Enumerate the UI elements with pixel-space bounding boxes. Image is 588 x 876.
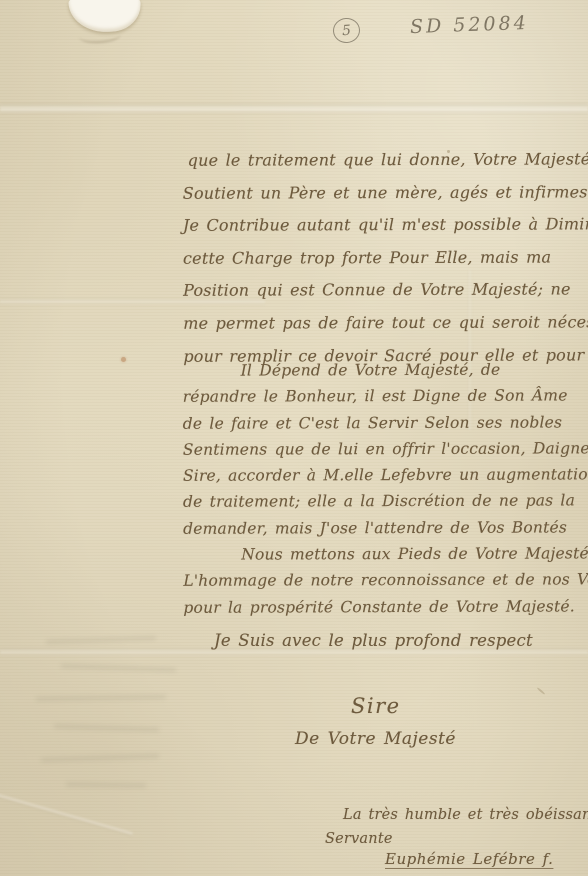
letter-paragraph-2: Il Dépend de Votre Majesté, de répandre … [183,356,588,620]
manuscript-line: répandre le Bonheur, il est Digne de Son… [183,383,588,411]
foxing-spot [121,357,126,362]
salutation-majesty: De Votre Majesté [295,729,456,749]
manuscript-line: Sentimens que de lui en offrir l'occasio… [183,435,588,463]
archive-number-circled: 5 [332,17,361,44]
manuscript-line: Il Dépend de Votre Majesté, de [183,356,588,384]
valediction-line-1: La très humble et très obéissante [343,807,588,823]
manuscript-line: Sire, accorder à M.elle Lefebvre un augm… [183,461,588,489]
signature: Euphémie Lefébre f. [385,850,553,868]
fold-crease [0,103,588,114]
foxing-spot [537,687,546,695]
manuscript-line: de le faire et C'est la Servir Selon ses… [183,409,588,437]
catalog-number: SD 52084 [410,12,529,38]
fold-crease [0,791,133,836]
manuscript-line: pour la prospérité Constante de Votre Ma… [183,593,588,621]
bleed-through-marks [6,628,181,798]
smudge-mark [79,28,122,45]
letter-paragraph-1: que le traitement que lui donne, Votre M… [183,143,588,373]
valediction-line-2: Servante [325,831,393,847]
manuscript-line: demander, mais J'ose l'attendre de Vos B… [183,514,588,542]
manuscript-line: Position qui est Connue de Votre Majesté… [183,274,588,308]
manuscript-line: Soutient un Père et une mère, agés et in… [183,176,588,210]
manuscript-line: que le traitement que lui donne, Votre M… [183,143,588,177]
manuscript-line: Nous mettons aux Pieds de Votre Majesté, [183,540,588,568]
archive-number: 5 [341,22,351,39]
manuscript-line: cette Charge trop forte Pour Elle, mais … [183,241,588,275]
closing-respect-line: Je Suis avec le plus profond respect [214,631,533,650]
manuscript-line: Je Contribue autant qu'il m'est possible… [183,208,588,242]
manuscript-line: me permet pas de faire tout ce qui seroi… [183,306,588,340]
manuscript-page: 5 SD 52084 que le traitement que lui don… [0,0,588,876]
manuscript-line: de traitement; elle a la Discrétion de n… [183,488,588,516]
salutation-sire: Sire [351,694,401,718]
manuscript-line: L'hommage de notre reconnoissance et de … [183,567,588,595]
